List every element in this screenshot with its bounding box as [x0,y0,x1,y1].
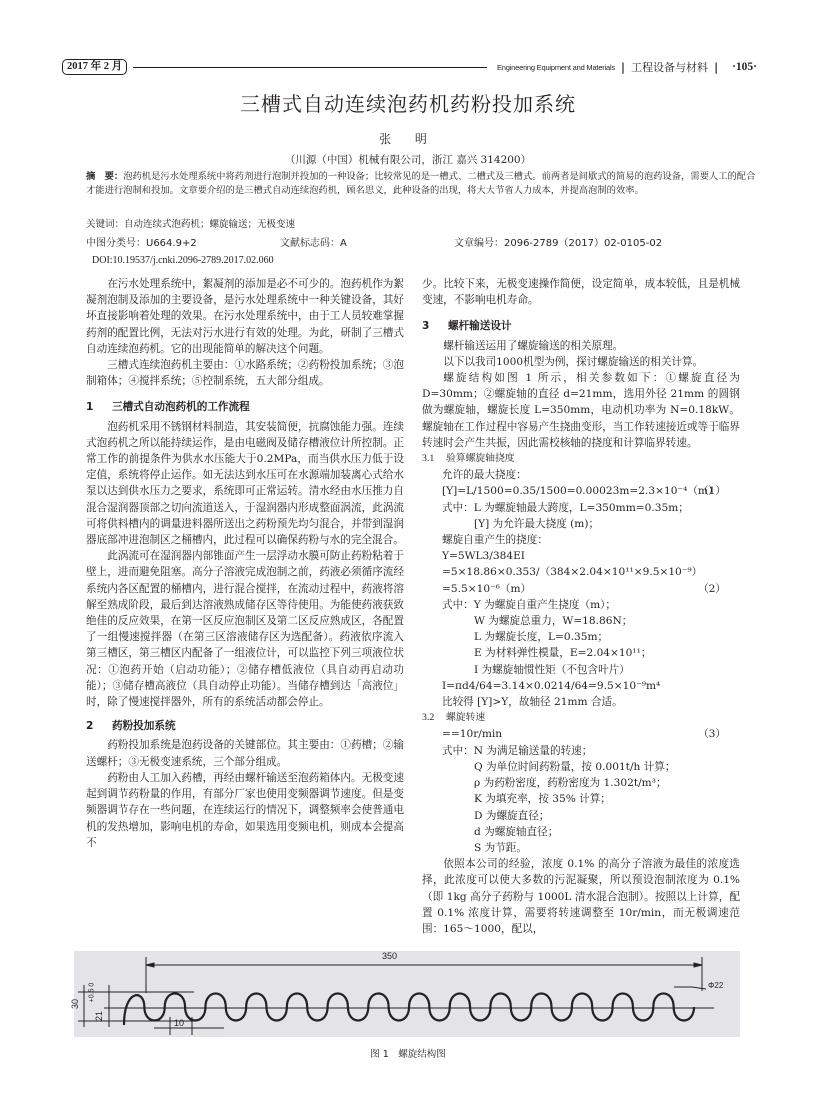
equation-number: （1） [698,483,726,499]
subsection-heading-3-2: 3.2螺旋转速 [422,710,740,726]
equation-text: [Y]=L/1500=0.35/1500=0.00023m=2.3×10⁻⁴（m… [442,485,719,497]
header-divider: | [621,61,625,74]
equation-line: I 为螺旋轴惯性矩（不包含叶片） [422,662,740,678]
header-rule [133,67,487,68]
dim-inner-label: 21 [94,1011,104,1021]
paragraph: 螺杆输送运用了螺旋输送的相关原理。 [422,338,740,354]
equation-line: ρ 为药粉密度，药粉密度为 1.302t/m³； [422,775,740,791]
running-header: 2017 年 2 月 Engineering Equipment and Mat… [62,58,757,76]
equation-line: Q 为单位时间药粉量，按 0.001t/h 计算； [422,759,740,775]
equation-line: 允许的最大挠度： [422,467,740,483]
paragraph: 依照本公司的经验，浓度 0.1% 的高分子溶液为最佳的浓度选择，此浓度可以使大多… [422,856,740,937]
equation-line: d 为螺旋轴直径； [422,824,740,840]
paragraph: 以下以我司1000机型为例，探讨螺旋输送的相关计算。 [422,354,740,370]
equation-line: W 为螺旋总重力，W=18.86N； [422,613,740,629]
paragraph: 螺旋结构如图 1 所示，相关参数如下：①螺旋直径为 D=30mm；②螺旋轴的直径… [422,370,740,451]
document-code: 文献标志码：A [280,234,347,249]
section-heading-1: 1三槽式自动泡药机的工作流程 [86,399,404,415]
equation-line: L 为螺旋长度，L=0.35m； [422,629,740,645]
figure-spiral-structure: 350 30 +0.5 0 21 10 Φ22 [74,951,740,1037]
section-title: 药粉投加系统 [112,720,176,732]
keywords: 关键词：自动连续式泡药机；螺旋输送；无极变速 [86,216,295,230]
subsection-title: 验算螺旋轴挠度 [446,453,515,464]
paragraph: 药粉投加系统是泡药设备的关键部位。其主要由：①药槽；②输送螺杆；③无极变速系统，… [86,737,404,769]
equation-line: =5×18.86×0.353/（384×2.04×10¹¹×9.5×10⁻⁹） [422,564,740,580]
section-heading-2: 2药粉投加系统 [86,718,404,734]
equation-line: [Y] 为允许最大挠度 (m)； [422,516,740,532]
doi[interactable]: DOI:10.19537/j.cnki.2096-2789.2017.02.06… [92,255,274,266]
abstract: 摘 要：泡药机是污水处理系统中将药剂进行泡制并投加的一种设备；比较常见的是一槽式… [86,170,756,197]
equation-1: [Y]=L/1500=0.35/1500=0.00023m=2.3×10⁻⁴（m… [422,483,740,499]
left-column: 在污水处理系统中，絮凝剂的添加是必不可少的。泡药机作为絮凝剂泡制及添加的主要设备… [86,276,404,851]
issue-date: 2017 年 2 月 [62,59,127,75]
paragraph: 三槽式连续泡药机主要由：①水路系统；②药粉投加系统；③泡制箱体；④搅拌系统；⑤控… [86,357,404,389]
abstract-label: 摘 要： [86,171,123,182]
keywords-text: 自动连续式泡药机；螺旋输送；无极变速 [124,219,295,230]
paragraph: 泡药机采用不锈钢材料制造，其安装简便，抗腐蚀能力强。连续式泡药机之所以能持续运作… [86,419,404,549]
dim-length-label: 350 [382,951,397,961]
subsection-number: 3.2 [422,710,446,726]
abstract-text: 泡药机是污水处理系统中将药剂进行泡制并投加的一种设备；比较常见的是一槽式、二槽式… [86,171,755,196]
journal-name-en: Engineering Equipment and Materials [497,63,615,72]
equation-number: （2） [698,581,726,597]
subsection-heading-3-1: 3.1验算螺旋轴挠度 [422,451,740,467]
section-heading-3: 3螺杆输送设计 [422,318,740,334]
section-title: 螺杆输送设计 [448,320,512,332]
affiliation: （川源（中国）机械有限公司，浙江 嘉兴 314200） [0,152,816,167]
article-number: 文章编号：2096-2789（2017）02-0105-02 [454,234,662,249]
equation-line: 比较得 [Y]>Y，故轴径 21mm 合适。 [422,694,740,710]
equation-line: I=πd4/64=3.14×0.0214/64=9.5×10⁻⁹m⁴ [422,678,740,694]
journal-name-cn: 工程设备与材料 [631,59,708,75]
equation-2: =5.5×10⁻⁶（m）（2） [422,581,740,597]
section-number: 1 [86,399,112,415]
dim-outer-label: 30 [70,999,80,1009]
paragraph: 药粉由人工加入药槽，再经由螺杆输送至泡药箱体内。无极变速起到调节药粉量的作用，有… [86,770,404,851]
author: 张 明 [0,130,816,147]
right-column: 少。比较下来，无极变速操作简便，设定简单，成本较低，且是机械变速，不影响电机寿命… [422,276,740,937]
equation-text: =5.5×10⁻⁶（m） [442,583,531,595]
section-number: 2 [86,718,112,734]
page-number: ·105· [732,61,757,73]
clc-number: 中图分类号：U664.9+2 [86,234,197,249]
section-number: 3 [422,318,448,334]
keywords-label: 关键词： [86,219,124,230]
subsection-number: 3.1 [422,451,446,467]
equation-text: ==10r/min [442,728,502,740]
equation-line: 螺旋自重产生的挠度： [422,532,740,548]
section-title: 三槽式自动泡药机的工作流程 [112,401,250,413]
figure-caption: 图 1 螺旋结构图 [0,1046,816,1060]
equation-number: （3） [698,726,726,742]
paragraph: 此涡流可在湿润器内部锥面产生一层浮动水膜可防止药粉粘着于壁上，进而避免阻塞。高分… [86,548,404,710]
header-divider: | [714,61,718,74]
equation-line: K 为填充率，按 35% 计算； [422,791,740,807]
equation-line: 式中：N 为满足输送量的转速； [422,743,740,759]
equation-line: 式中：L 为螺旋轴最大跨度，L=350mm=0.35m； [422,500,740,516]
equation-line: 式中：Y 为螺旋自重产生挠度（m）； [422,597,740,613]
equation-line: S 为节距。 [422,840,740,856]
equation-line: Y=5WL3/384EI [422,548,740,564]
paragraph: 少。比较下来，无极变速操作简便，设定简单，成本较低，且是机械变速，不影响电机寿命… [422,276,740,308]
paragraph: 在污水处理系统中，絮凝剂的添加是必不可少的。泡药机作为絮凝剂泡制及添加的主要设备… [86,276,404,357]
equation-line: E 为材料弹性模量，E=2.04×10¹¹； [422,645,740,661]
dim-pitch-label: 10 [174,1018,184,1028]
subsection-title: 螺旋转速 [446,712,485,723]
article-title: 三槽式自动连续泡药机药粉投加系统 [0,88,816,117]
dim-end-label: Φ22 [708,981,723,990]
equation-line: D 为螺旋直径； [422,808,740,824]
dim-tolerance-label: +0.5 0 [88,983,95,1003]
equation-3: ==10r/min（3） [422,726,740,742]
